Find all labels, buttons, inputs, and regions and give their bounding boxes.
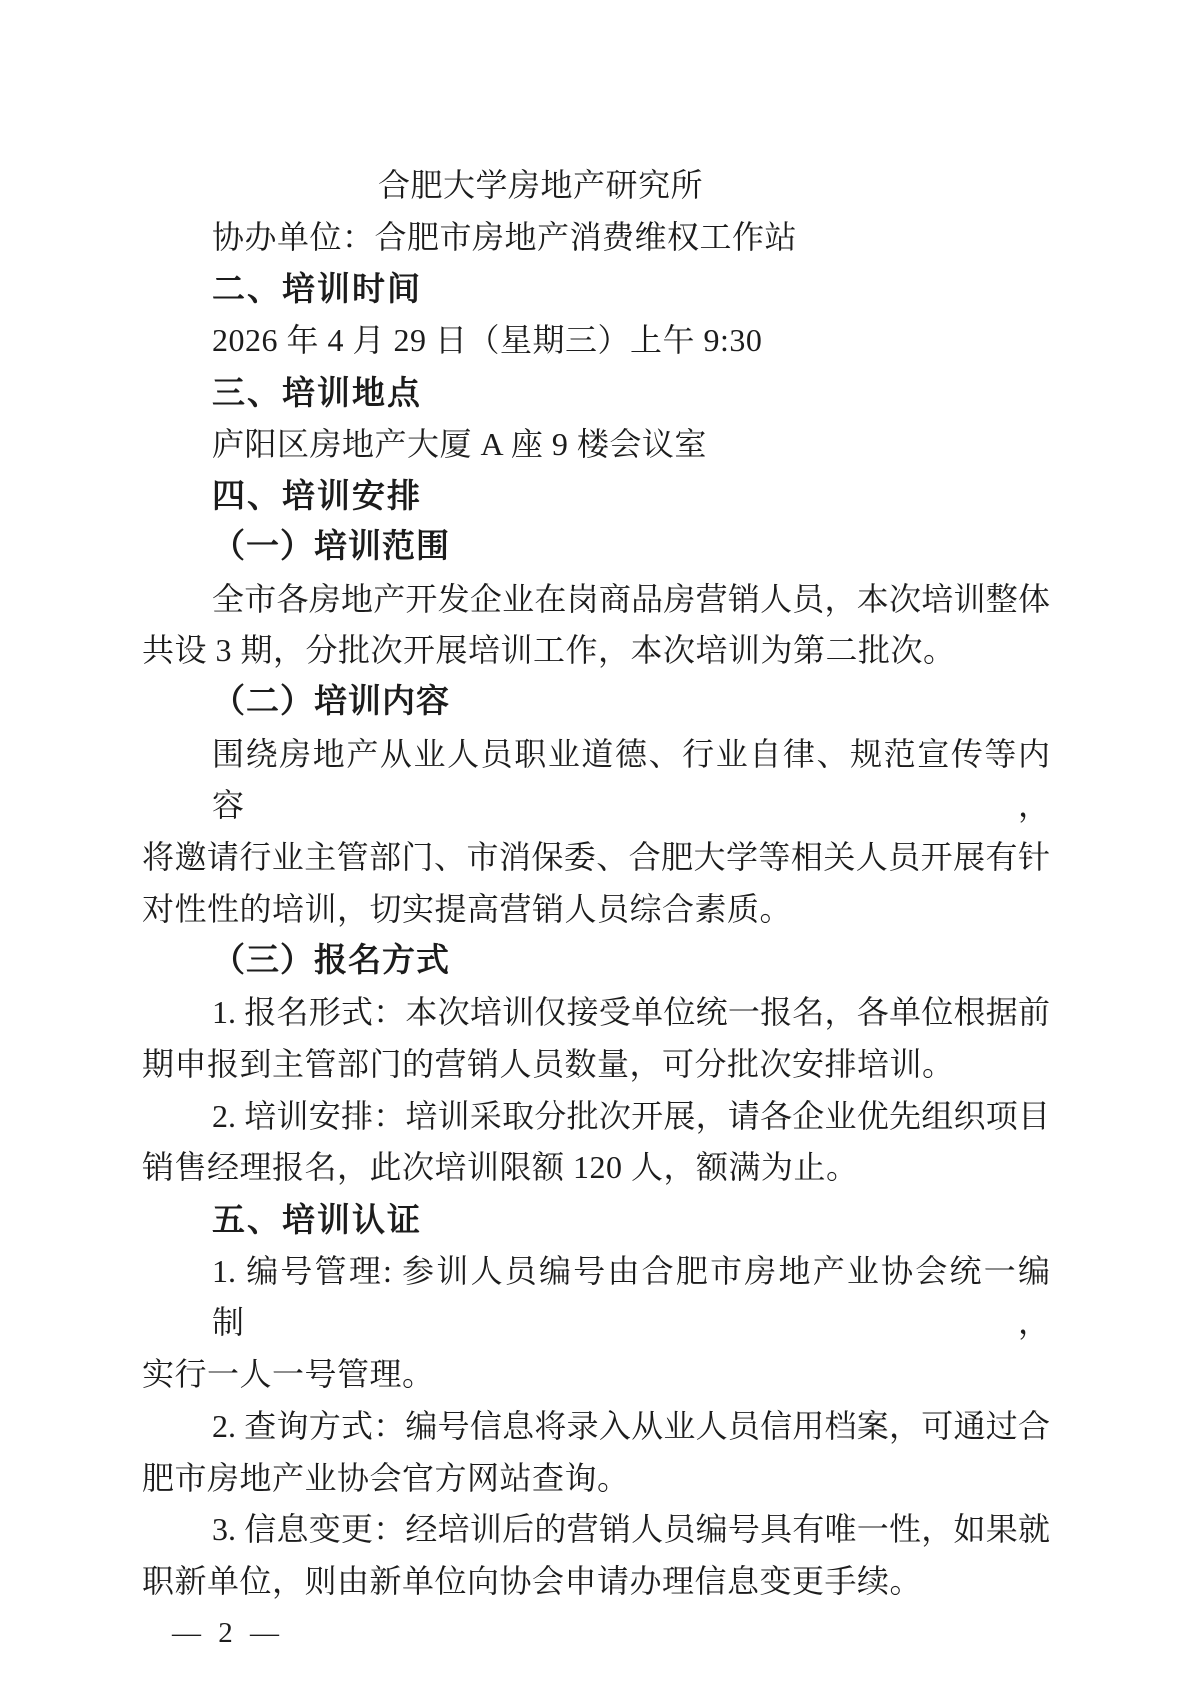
training-location-line: 庐阳区房地产大厦 A 座 9 楼会议室	[142, 419, 1050, 471]
organizer-continuation-line: 合肥大学房地产研究所	[142, 160, 1050, 212]
section-heading-training-location: 三、培训地点	[142, 367, 1050, 419]
paragraph-line: 全市各房地产开发企业在岗商品房营销人员，本次培训整体	[142, 574, 1050, 626]
paragraph-line: 肥市房地产业协会官方网站查询。	[142, 1453, 1050, 1505]
section-heading-training-time: 二、培训时间	[142, 263, 1050, 315]
paragraph-line: 实行一人一号管理。	[142, 1349, 1050, 1401]
subsection-heading-registration: （三）报名方式	[142, 936, 1050, 988]
paragraph-line: 对性性的培训，切实提高营销人员综合素质。	[142, 884, 1050, 936]
paragraph-line: 3. 信息变更：经培训后的营销人员编号具有唯一性，如果就	[142, 1504, 1050, 1556]
paragraph-line: 共设 3 期，分批次开展培训工作，本次培训为第二批次。	[142, 625, 1050, 677]
paragraph-line: 销售经理报名，此次培训限额 120 人，额满为止。	[142, 1142, 1050, 1194]
section-heading-training-plan: 四、培训安排	[142, 470, 1050, 522]
paragraph-line: 2. 培训安排：培训采取分批次开展，请各企业优先组织项目	[142, 1091, 1050, 1143]
section-heading-certification: 五、培训认证	[142, 1194, 1050, 1246]
training-time-line: 2026 年 4 月 29 日（星期三）上午 9:30	[142, 315, 1050, 367]
document-page: 合肥大学房地产研究所 协办单位：合肥市房地产消费维权工作站 二、培训时间 202…	[0, 0, 1190, 1683]
document-content: 合肥大学房地产研究所 协办单位：合肥市房地产消费维权工作站 二、培训时间 202…	[142, 160, 1050, 1659]
paragraph-line: 2. 查询方式：编号信息将录入从业人员信用档案，可通过合	[142, 1401, 1050, 1453]
paragraph-line: 1. 报名形式：本次培训仅接受单位统一报名，各单位根据前	[142, 987, 1050, 1039]
paragraph-line: 将邀请行业主管部门、市消保委、合肥大学等相关人员开展有针	[142, 832, 1050, 884]
paragraph-line: 围绕房地产从业人员职业道德、行业自律、规范宣传等内容，	[142, 729, 1050, 832]
paragraph-line: 职新单位，则由新单位向协会申请办理信息变更手续。	[142, 1556, 1050, 1608]
subsection-heading-content: （二）培训内容	[142, 677, 1050, 729]
page-number: — 2 —	[142, 1608, 1050, 1660]
co-organizer-line: 协办单位：合肥市房地产消费维权工作站	[142, 212, 1050, 264]
subsection-heading-scope: （一）培训范围	[142, 522, 1050, 574]
paragraph-line: 1. 编号管理: 参训人员编号由合肥市房地产业协会统一编制，	[142, 1246, 1050, 1349]
paragraph-line: 期申报到主管部门的营销人员数量，可分批次安排培训。	[142, 1039, 1050, 1091]
